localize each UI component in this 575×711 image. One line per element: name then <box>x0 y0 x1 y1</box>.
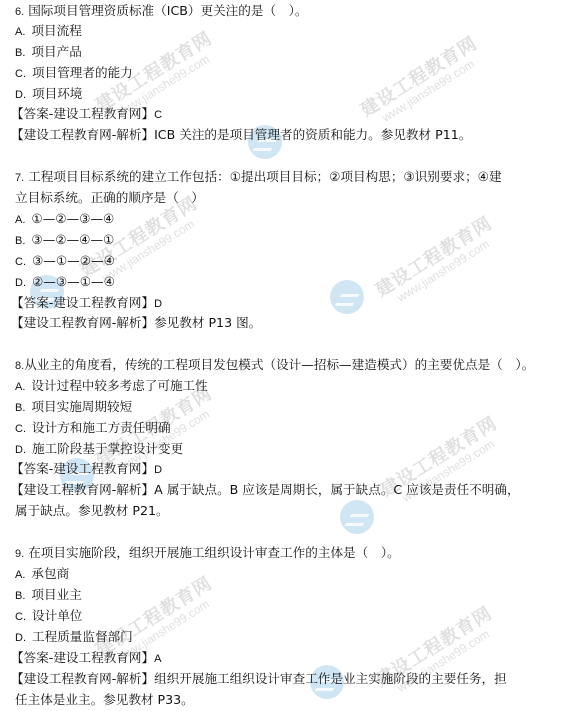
question-9-option-c: C.设计单位 <box>15 606 567 627</box>
question-8-answer: 【答案-建设工程教育网】D <box>15 459 567 480</box>
question-8-option-a: A.设计过程中较多考虑了可施工性 <box>15 376 567 397</box>
question-7-stem: 7. 工程项目目标系统的建立工作包括：①提出项目目标；②项目构思；③识别要求；④… <box>15 167 567 188</box>
question-7-option-c: C.③—①—②—④ <box>15 251 567 272</box>
question-6-option-b: B.项目产品 <box>15 42 567 63</box>
question-7-option-b: B.③—②—④—① <box>15 230 567 251</box>
question-9-stem: 9. 在项目实施阶段，组织开展施工组织设计审查工作的主体是（ ）。 <box>15 543 567 564</box>
question-7-option-a: A.①—②—③—④ <box>15 209 567 230</box>
question-8-option-b: B.项目实施周期较短 <box>15 397 567 418</box>
question-7-option-d: D.②—③—①—④ <box>15 272 567 293</box>
question-7-analysis: 【建设工程教育网-解析】参见教材 P13 图。 <box>15 313 567 333</box>
question-7-stem-cont: 立目标系统。正确的顺序是（ ） <box>15 188 567 208</box>
question-8-analysis: 【建设工程教育网-解析】A 属于缺点。B 应该是周期长，属于缺点。C 应该是责任… <box>15 480 567 500</box>
question-6-option-c: C.项目管理者的能力 <box>15 63 567 84</box>
question-6-option-d: D.项目环境 <box>15 84 567 105</box>
question-6-answer: 【答案-建设工程教育网】C <box>15 104 567 125</box>
question-8-option-c: C.设计方和施工方责任明确 <box>15 418 567 439</box>
question-9-option-d: D.工程质量监督部门 <box>15 627 567 648</box>
exam-document: 建设工程教育网www.jianshe99.com 建设工程教育网www.jian… <box>0 0 575 711</box>
question-7-answer: 【答案-建设工程教育网】D <box>15 293 567 314</box>
question-6-stem: 6. 国际项目管理资质标准（ICB）更关注的是（ ）。 <box>15 1 567 22</box>
question-8-stem: 8.从业主的角度看，传统的工程项目发包模式（设计—招标—建造模式）的主要优点是（… <box>15 355 567 376</box>
question-9-answer: 【答案-建设工程教育网】A <box>15 648 567 669</box>
question-6-option-a: A.项目流程 <box>15 21 567 42</box>
question-9-option-b: B.项目业主 <box>15 585 567 606</box>
question-8-analysis-cont: 属于缺点。参见教材 P21。 <box>15 501 567 521</box>
question-8-option-d: D.施工阶段基于掌控设计变更 <box>15 439 567 460</box>
question-9-analysis-cont: 任主体是业主。参见教材 P33。 <box>15 690 567 710</box>
question-6-analysis: 【建设工程教育网-解析】ICB 关注的是项目管理者的资质和能力。参见教材 P11… <box>15 125 567 145</box>
question-9-analysis: 【建设工程教育网-解析】组织开展施工组织设计审查工作是业主实施阶段的主要任务，担 <box>15 669 567 689</box>
question-9-option-a: A.承包商 <box>15 564 567 585</box>
